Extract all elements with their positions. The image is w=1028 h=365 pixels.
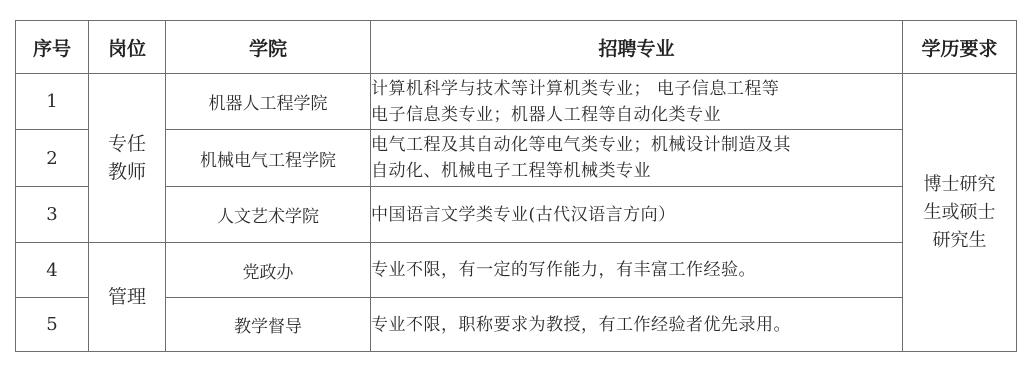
table-row: 3 人文艺术学院 中国语言文学类专业(古代汉语言方向） <box>16 187 1017 243</box>
table-row: 4 管理 党政办 专业不限，有一定的写作能力，有丰富工作经验。 <box>16 243 1017 298</box>
college-cell: 机械电气工程学院 <box>166 130 371 187</box>
table-row: 5 教学督导 专业不限，职称要求为教授，有工作经验者优先录用。 <box>16 298 1017 352</box>
position-cell-teacher: 专任 教师 <box>89 74 166 243</box>
major-cell: 中国语言文学类专业(古代汉语言方向） <box>371 187 903 243</box>
major-cell: 计算机科学与技术等计算机类专业； 电子信息工程等 电子信息类专业；机器人工程等自… <box>371 74 903 130</box>
header-college: 学院 <box>166 21 371 74</box>
college-cell: 人文艺术学院 <box>166 187 371 243</box>
row-index: 5 <box>16 298 89 352</box>
education-requirement-label: 博士研究 生或硕士 研究生 <box>924 171 996 255</box>
table-row: 1 专任 教师 机器人工程学院 计算机科学与技术等计算机类专业； 电子信息工程等… <box>16 74 1017 130</box>
position-label: 专任 教师 <box>108 130 146 186</box>
row-index: 1 <box>16 74 89 130</box>
header-index: 序号 <box>16 21 89 74</box>
position-cell-management: 管理 <box>89 243 166 352</box>
row-index: 2 <box>16 130 89 187</box>
header-major: 招聘专业 <box>371 21 903 74</box>
row-index: 4 <box>16 243 89 298</box>
table-row: 2 机械电气工程学院 电气工程及其自动化等电气类专业；机械设计制造及其 自动化、… <box>16 130 1017 187</box>
table-header-row: 序号 岗位 学院 招聘专业 学历要求 <box>16 21 1017 74</box>
major-cell: 专业不限，有一定的写作能力，有丰富工作经验。 <box>371 243 903 298</box>
college-cell: 教学督导 <box>166 298 371 352</box>
recruitment-table: 序号 岗位 学院 招聘专业 学历要求 1 专任 教师 机器人工程学院 计算机科学… <box>15 20 1017 352</box>
college-cell: 党政办 <box>166 243 371 298</box>
education-requirement-cell: 博士研究 生或硕士 研究生 <box>903 74 1017 352</box>
header-position: 岗位 <box>89 21 166 74</box>
major-cell: 专业不限，职称要求为教授，有工作经验者优先录用。 <box>371 298 903 352</box>
college-cell: 机器人工程学院 <box>166 74 371 130</box>
major-cell: 电气工程及其自动化等电气类专业；机械设计制造及其 自动化、机械电子工程等机械类专… <box>371 130 903 187</box>
row-index: 3 <box>16 187 89 243</box>
header-education: 学历要求 <box>903 21 1017 74</box>
position-label: 管理 <box>108 283 146 311</box>
